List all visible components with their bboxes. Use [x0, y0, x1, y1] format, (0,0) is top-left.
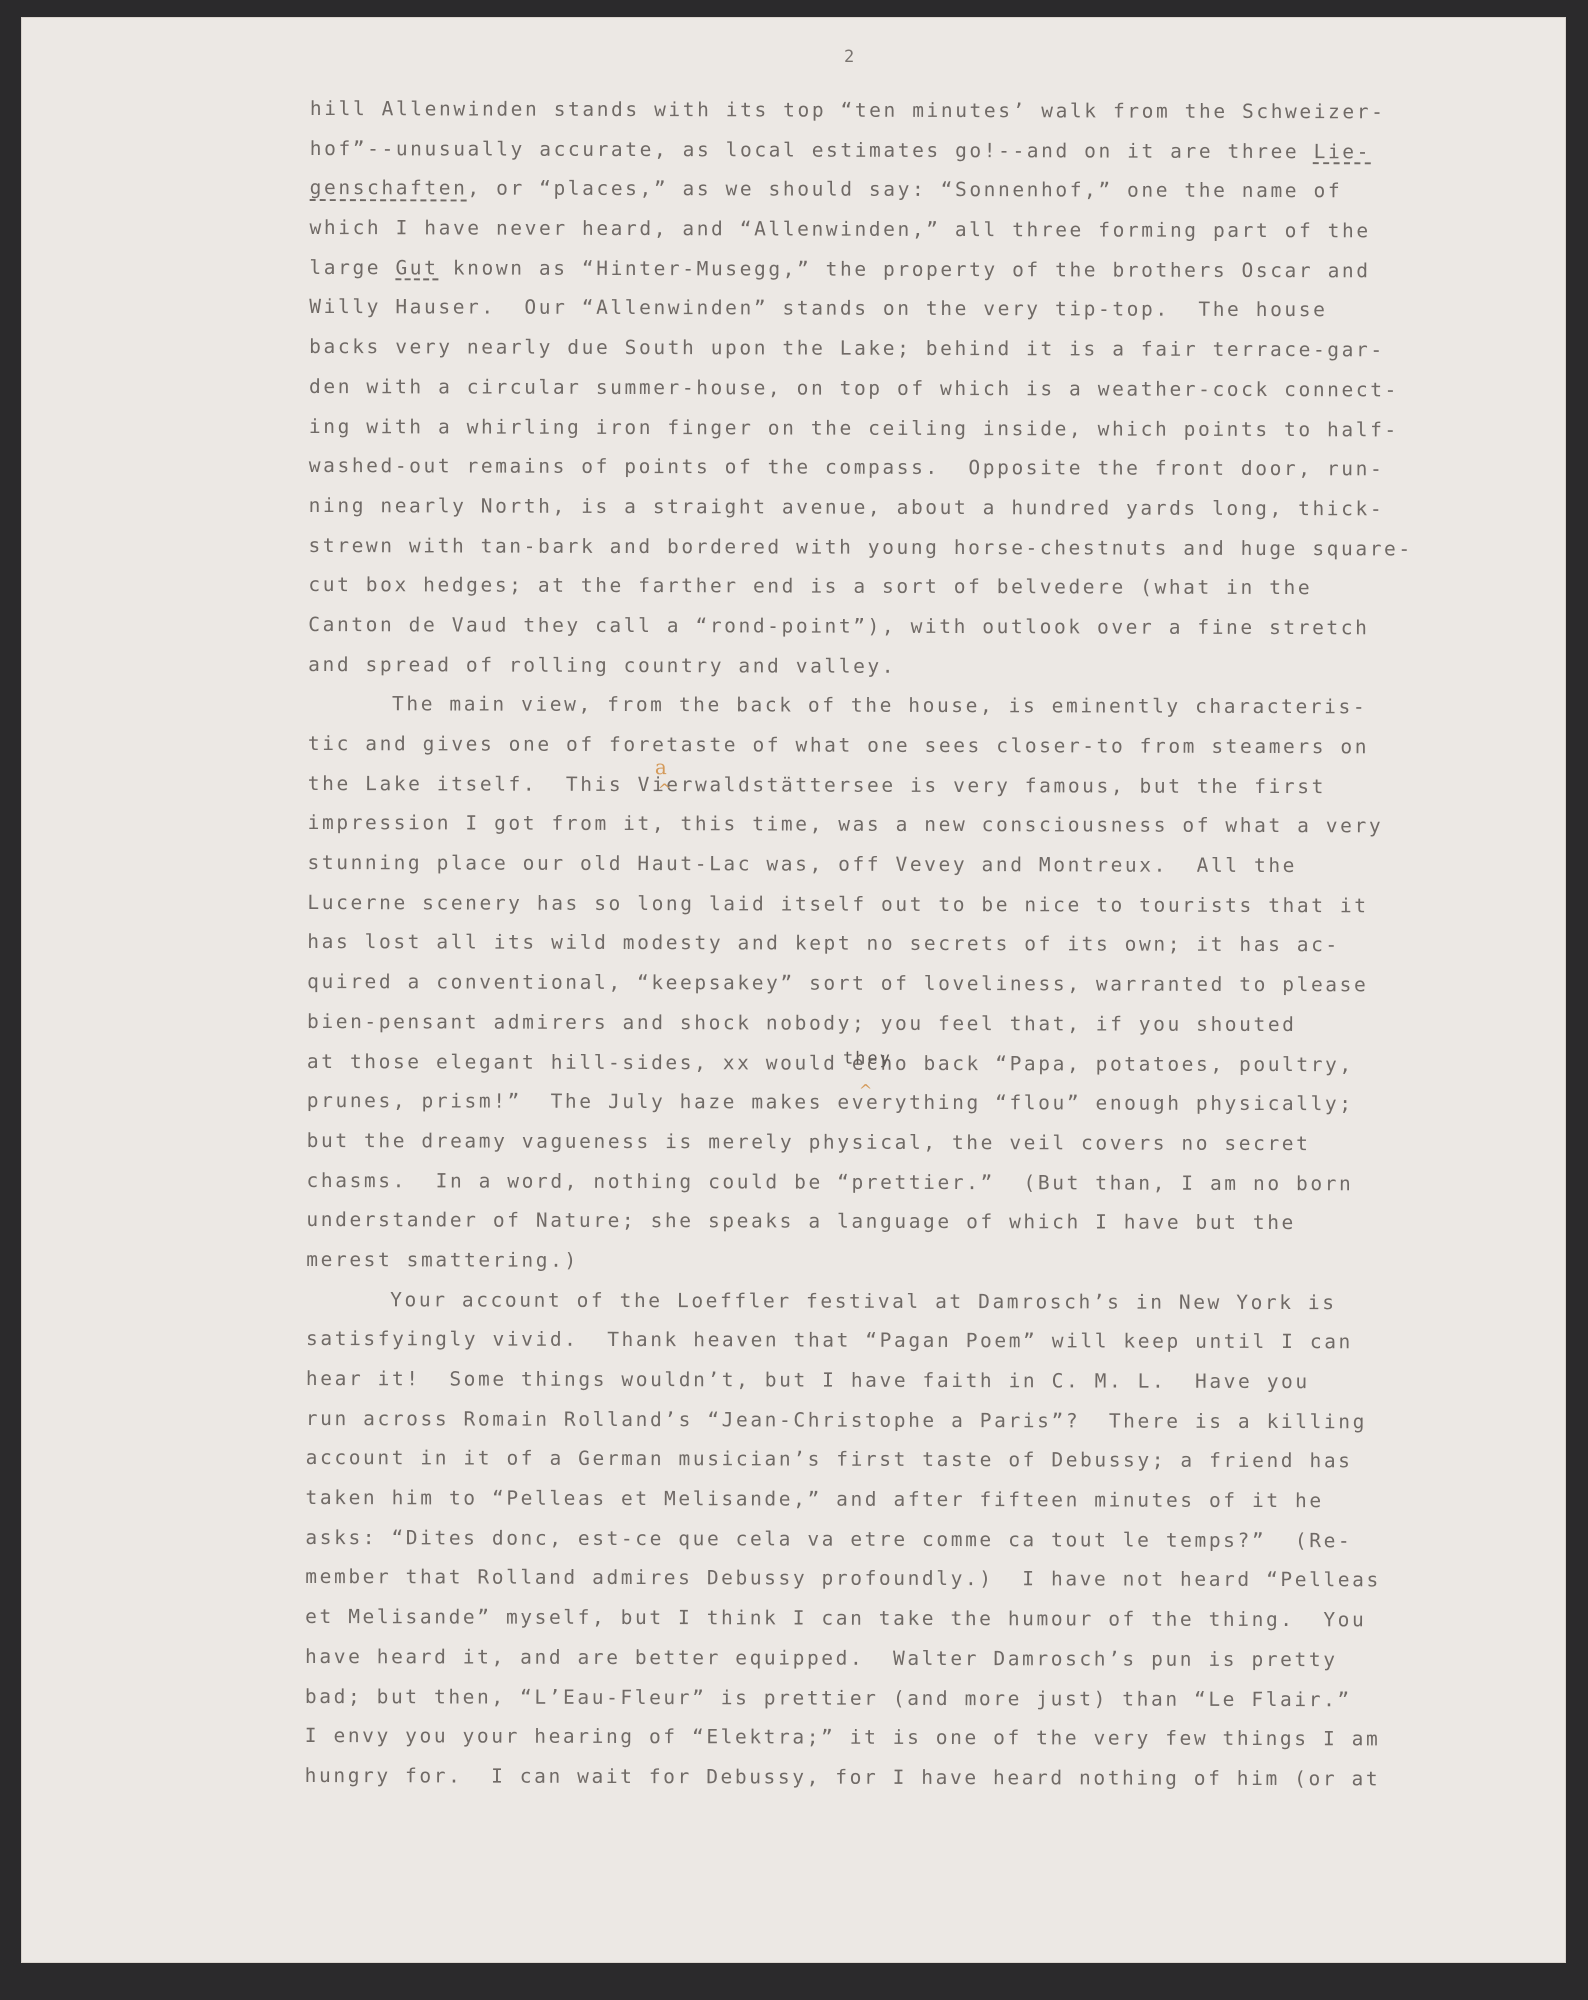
text-line: account in it of a German musician’s fir…: [306, 1438, 1566, 1482]
text-line: hof”--unusually accurate, as local estim…: [310, 129, 1570, 173]
text-line: run across Romain Rolland’s “Jean-Christ…: [306, 1399, 1566, 1443]
text-span: , or “places,” as we should say: “Sonnen…: [467, 177, 1342, 203]
text-line: have heard it, and are better equipped. …: [305, 1637, 1565, 1681]
text-line: Canton de Vaud they call a “rond-point”)…: [308, 605, 1568, 649]
text-line: understander of Nature; she speaks a lan…: [306, 1200, 1566, 1244]
caret-mark-icon: ^: [658, 780, 674, 799]
text-line: I envy you your hearing of “Elektra;” it…: [305, 1716, 1565, 1760]
text-line: backs very nearly due South upon the Lak…: [309, 327, 1569, 371]
underlined-word: genschaften: [310, 176, 468, 199]
pencil-insertion-a: a: [655, 755, 670, 779]
text-span: known as “Hinter-Musegg,” the property o…: [438, 256, 1370, 282]
text-span: large: [309, 256, 395, 279]
text-line: prunes, prism!” The July haze makes ever…: [307, 1081, 1567, 1125]
text-line: washed-out remains of points of the comp…: [309, 446, 1569, 490]
text-line: stunning place our old Haut-Lac was, off…: [308, 843, 1568, 887]
caret-mark-icon: ^: [859, 1081, 875, 1100]
page-number: 2: [844, 47, 854, 67]
text-line: tic and gives one of foretaste of what o…: [308, 724, 1568, 768]
text-line: merest smattering.): [306, 1240, 1566, 1284]
text-line: asks: “Dites donc, est-ce que cela va et…: [305, 1518, 1565, 1562]
typed-insertion-they: they: [843, 1049, 892, 1069]
text-line: hear it! Some things wouldn’t, but I hav…: [306, 1359, 1566, 1403]
underlined-word: Lie-: [1314, 140, 1371, 163]
text-line: bien-pensant admirers and shock nobody; …: [307, 1002, 1567, 1046]
text-line: at those elegant hill-sides, xx would ec…: [307, 1041, 1567, 1085]
text-line: genschaften, or “places,” as we should s…: [310, 168, 1570, 212]
paragraph-start-line: Your account of the Loeffler festival at…: [306, 1280, 1566, 1324]
text-line: the Lake itself. This Vierwaldstättersee…: [308, 764, 1568, 808]
paragraph-start-line: The main view, from the back of the hous…: [308, 684, 1568, 728]
text-line: ning nearly North, is a straight avenue,…: [309, 486, 1569, 530]
text-line: and spread of rolling country and valley…: [308, 645, 1568, 689]
text-line: impression I got from it, this time, was…: [308, 803, 1568, 847]
text-line: has lost all its wild modesty and kept n…: [307, 922, 1567, 966]
text-line: hungry for. I can wait for Debussy, for …: [305, 1756, 1565, 1800]
text-line: cut box hedges; at the farther end is a …: [308, 565, 1568, 609]
text-line: den with a circular summer-house, on top…: [309, 367, 1569, 411]
underlined-word: Gut: [395, 256, 438, 279]
text-line: bad; but then, “L’Eau-Fleur” is prettier…: [305, 1676, 1565, 1720]
text-line: taken him to “Pelleas et Melisande,” and…: [306, 1478, 1566, 1522]
text-line: Willy Hauser. Our “Allenwinden” stands o…: [309, 287, 1569, 331]
document-page: 2 hill Allenwinden stands with its top “…: [21, 17, 1566, 1963]
text-line: satisfyingly vivid. Thank heaven that “P…: [306, 1319, 1566, 1363]
typewritten-letter-body: hill Allenwinden stands with its top “te…: [305, 89, 1570, 1800]
text-line: large Gut known as “Hinter-Musegg,” the …: [309, 248, 1569, 292]
text-line: chasms. In a word, nothing could be “pre…: [307, 1161, 1567, 1205]
text-line: hill Allenwinden stands with its top “te…: [310, 89, 1570, 133]
text-line: but the dreamy vagueness is merely physi…: [307, 1121, 1567, 1165]
text-line: member that Rolland admires Debussy prof…: [305, 1557, 1565, 1601]
text-line: which I have never heard, and “Allenwind…: [310, 208, 1570, 252]
text-line: et Melisande” myself, but I think I can …: [305, 1597, 1565, 1641]
text-span: hof”--unusually accurate, as local estim…: [310, 137, 1314, 163]
text-line: quired a conventional, “keepsakey” sort …: [307, 962, 1567, 1006]
text-line: ing with a whirling iron finger on the c…: [309, 406, 1569, 450]
text-line: strewn with tan-bark and bordered with y…: [309, 526, 1569, 570]
text-line: Lucerne scenery has so long laid itself …: [307, 883, 1567, 927]
